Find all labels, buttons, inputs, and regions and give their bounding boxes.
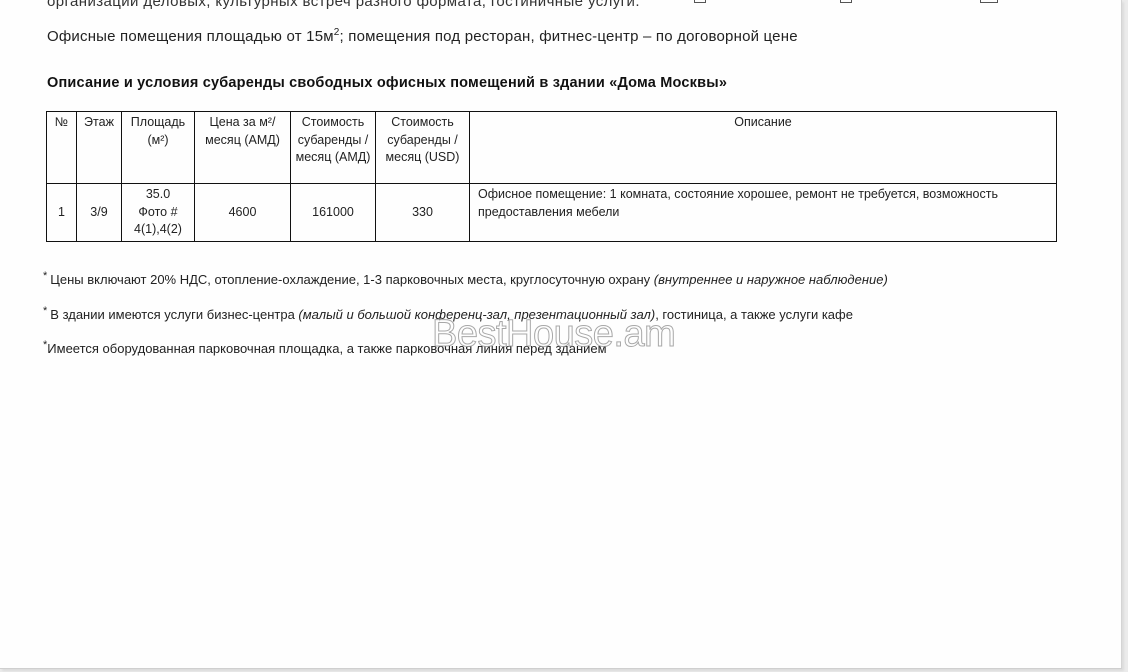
cell-price-per-m2: 4600 — [195, 184, 291, 242]
cut-off-text-line: организации деловых, культурных встреч р… — [47, 0, 640, 10]
cut-off-icon — [786, 0, 796, 2]
header-description: Описание — [470, 112, 1057, 184]
cell-rent-usd: 330 — [376, 184, 470, 242]
top-edge-icons — [690, 0, 1010, 4]
intro-text-rest: ; помещения под ресторан, фитнес-центр –… — [340, 28, 798, 45]
note-text: Имеется оборудованная парковочная площад… — [47, 341, 606, 356]
photo-label: Фото # — [126, 204, 190, 222]
note-text: В здании имеются услуги бизнес-центра — [50, 307, 298, 322]
header-price-per-m2: Цена за м²/месяц (АМД) — [195, 112, 291, 184]
cell-area: 35.0 Фото # 4(1),4(2) — [122, 184, 195, 242]
note-after: , гостиница, а также услуги кафе — [655, 307, 853, 322]
cell-rent-amd: 161000 — [291, 184, 376, 242]
photo-refs: 4(1),4(2) — [126, 221, 190, 239]
asterisk: * — [43, 339, 47, 351]
cut-off-icon — [980, 0, 998, 3]
header-area: Площадь (м²) — [122, 112, 195, 184]
cell-number: 1 — [47, 184, 77, 242]
note-services: *В здании имеются услуги бизнес-центра (… — [43, 307, 853, 322]
cell-description: Офисное помещение: 1 комната, состояние … — [470, 184, 1057, 242]
header-floor: Этаж — [77, 112, 122, 184]
note-parking: *Имеется оборудованная парковочная площа… — [43, 341, 607, 356]
asterisk: * — [43, 305, 47, 317]
table-header-row: № Этаж Площадь (м²) Цена за м²/месяц (АМ… — [47, 112, 1057, 184]
note-italic: (малый и большой конференц-зал, презента… — [298, 307, 655, 322]
intro-paragraph: Офисные помещения площадью от 15м2; поме… — [47, 27, 798, 45]
note-prices: *Цены включают 20% НДС, отопление-охлажд… — [43, 272, 888, 287]
cell-floor: 3/9 — [77, 184, 122, 242]
cut-off-icon — [840, 0, 852, 3]
header-rent-usd: Стоимость субаренды /месяц (USD) — [376, 112, 470, 184]
section-title: Описание и условия субаренды свободных о… — [47, 75, 727, 91]
offices-table: № Этаж Площадь (м²) Цена за м²/месяц (АМ… — [46, 111, 1057, 242]
header-number: № — [47, 112, 77, 184]
intro-text: Офисные помещения площадью от 15м — [47, 28, 334, 45]
cut-off-icon — [694, 0, 706, 3]
area-value: 35.0 — [126, 186, 190, 204]
note-text: Цены включают 20% НДС, отопление-охлажде… — [50, 272, 653, 287]
note-italic: (внутреннее и наружное наблюдение) — [654, 272, 888, 287]
asterisk: * — [43, 270, 47, 282]
header-rent-amd: Стоимость субаренды /месяц (АМД) — [291, 112, 376, 184]
table-row: 1 3/9 35.0 Фото # 4(1),4(2) 4600 161000 … — [47, 184, 1057, 242]
document-page: организации деловых, культурных встреч р… — [0, 0, 1122, 669]
